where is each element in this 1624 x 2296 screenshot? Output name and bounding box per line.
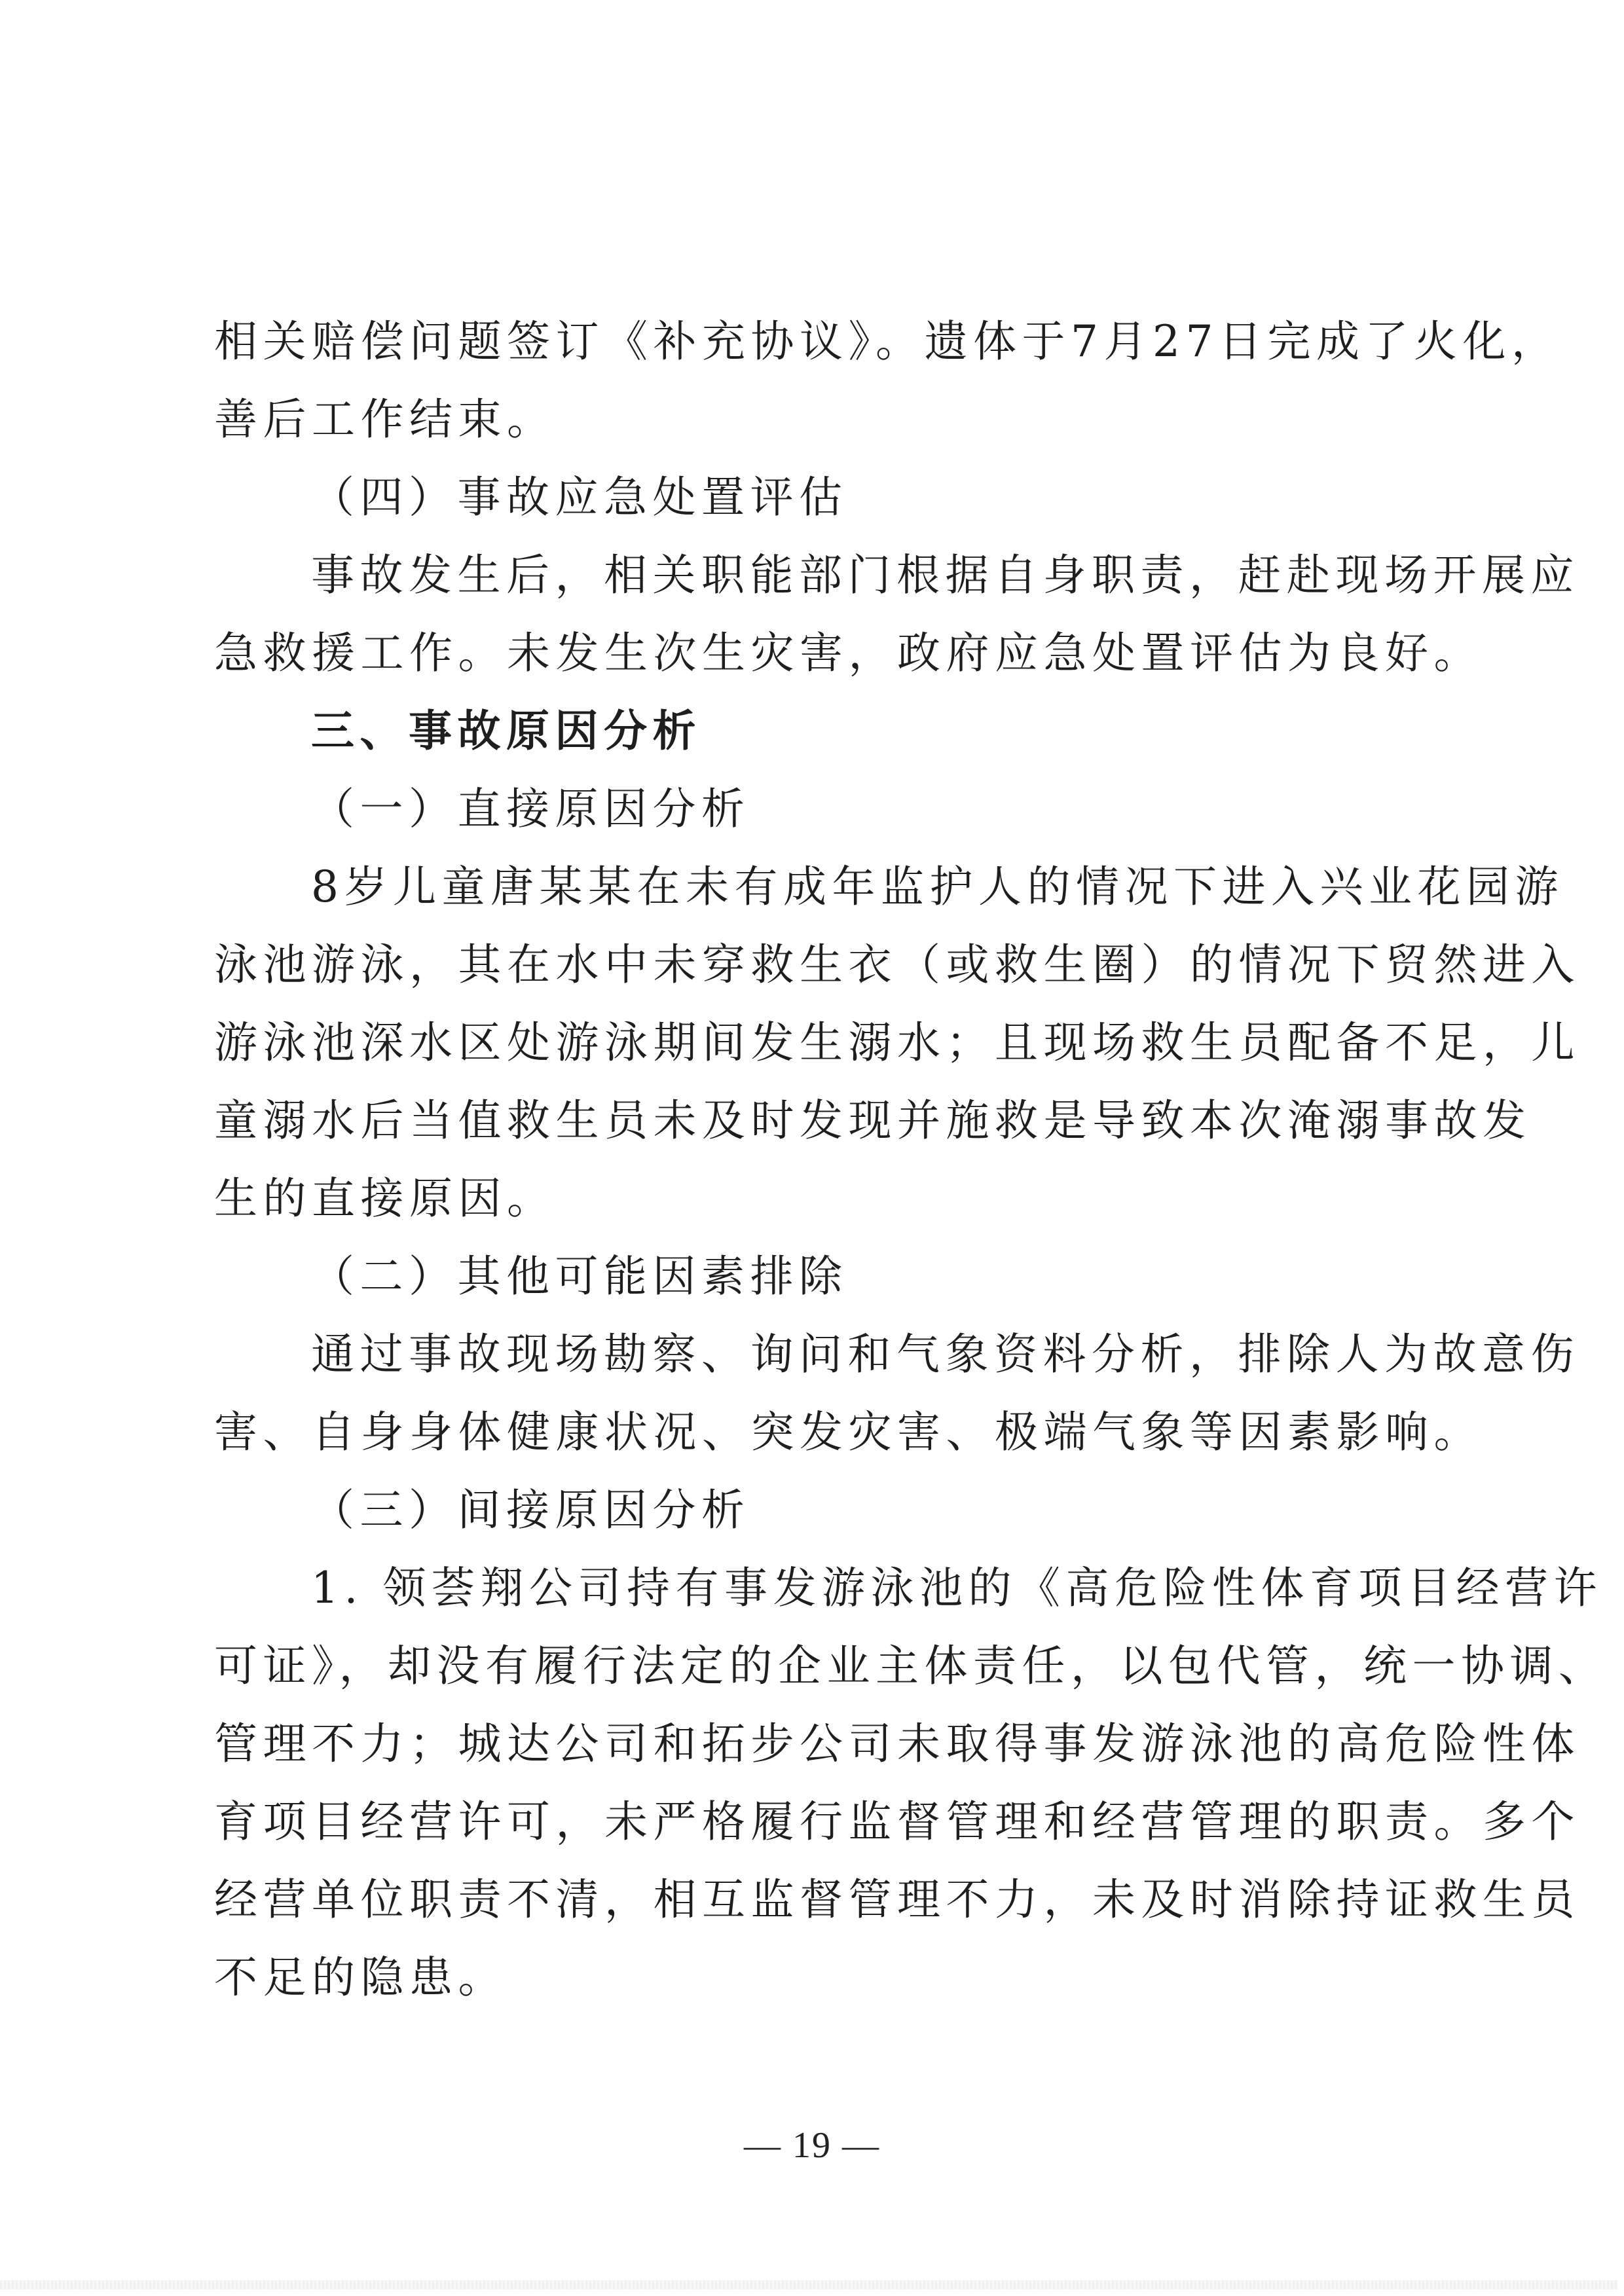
paragraph-line: 游泳池深水区处游泳期间发生溺水；且现场救生员配备不足，儿: [214, 1004, 1426, 1082]
paragraph-line: 1. 领荟翔公司持有事发游泳池的《高危险性体育项目经营许: [214, 1549, 1426, 1627]
paragraph-line: 可证》，却没有履行法定的企业主体责任，以包代管，统一协调、: [214, 1627, 1426, 1705]
document-page: 相关赔偿问题签订《补充协议》。遗体于7月27日完成了火化， 善后工作结束。 （四…: [0, 0, 1624, 2296]
paragraph-line: 事故发生后，相关职能部门根据自身职责，赶赴现场开展应: [214, 536, 1426, 614]
document-body: 相关赔偿问题签订《补充协议》。遗体于7月27日完成了火化， 善后工作结束。 （四…: [214, 302, 1426, 2016]
paragraph-line: 经营单位职责不清，相互监督管理不力，未及时消除持证救生员: [214, 1861, 1426, 1939]
paragraph-line: 8岁儿童唐某某在未有成年监护人的情况下进入兴业花园游: [214, 848, 1426, 926]
paragraph-line: 童溺水后当值救生员未及时发现并施救是导致本次淹溺事故发: [214, 1082, 1426, 1159]
paragraph-line: 相关赔偿问题签订《补充协议》。遗体于7月27日完成了火化，: [214, 302, 1426, 380]
subheading-direct-cause: （一）直接原因分析: [214, 770, 1426, 848]
paragraph-line: 泳池游泳，其在水中未穿救生衣（或救生圈）的情况下贸然进入: [214, 926, 1426, 1004]
paragraph-line: 急救援工作。未发生次生灾害，政府应急处置评估为良好。: [214, 614, 1426, 692]
subheading-indirect-cause: （三）间接原因分析: [214, 1471, 1426, 1549]
paragraph-line: 管理不力；城达公司和拓步公司未取得事发游泳池的高危险性体: [214, 1705, 1426, 1783]
subheading-other-factors: （二）其他可能因素排除: [214, 1237, 1426, 1315]
paragraph-line: 育项目经营许可，未严格履行监督管理和经营管理的职责。多个: [214, 1783, 1426, 1861]
paragraph-line: 不足的隐患。: [214, 1939, 1426, 2016]
heading-cause-analysis: 三、事故原因分析: [214, 692, 1426, 770]
subheading-emergency-evaluation: （四）事故应急处置评估: [214, 458, 1426, 536]
scan-edge-artifact: [0, 2280, 1617, 2289]
page-number: — 19 —: [0, 2124, 1624, 2166]
paragraph-line: 害、自身身体健康状况、突发灾害、极端气象等因素影响。: [214, 1393, 1426, 1471]
paragraph-line: 通过事故现场勘察、询问和气象资料分析，排除人为故意伤: [214, 1315, 1426, 1393]
paragraph-line: 善后工作结束。: [214, 380, 1426, 458]
paragraph-line: 生的直接原因。: [214, 1159, 1426, 1237]
